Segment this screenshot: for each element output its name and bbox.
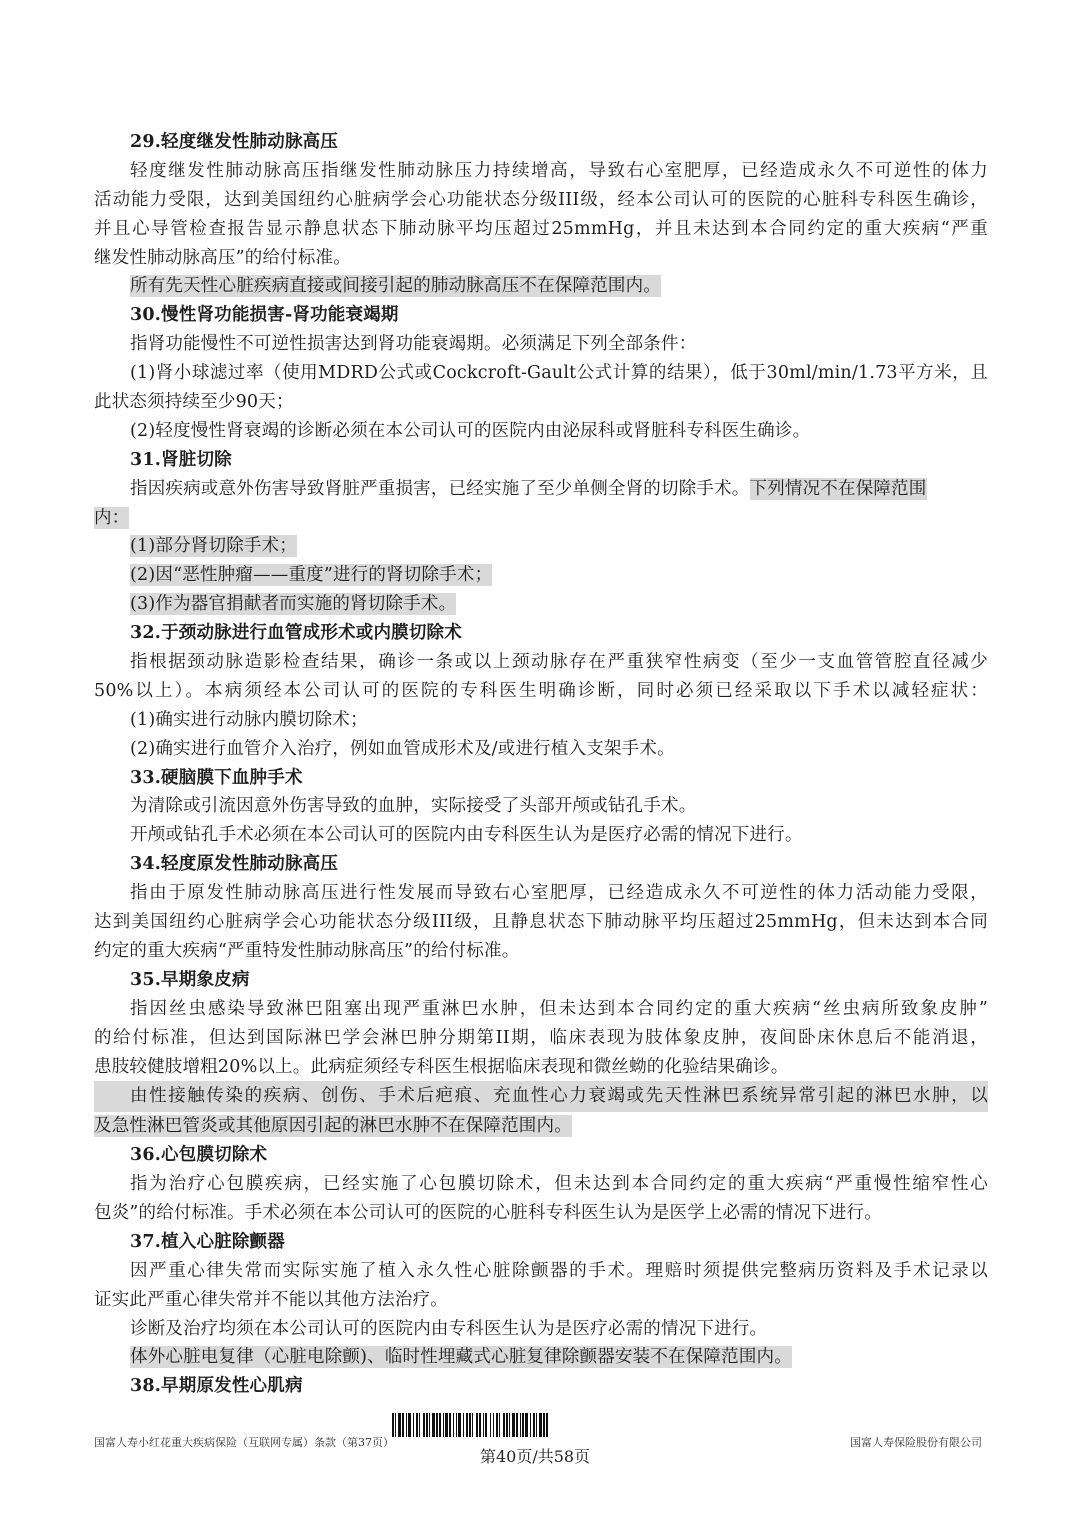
paragraph-line: 活动能力受限，达到美国纽约心脏病学会心功能状态分级III级，经本公司认可的医院的… [94,186,988,215]
section-heading-35: 35.早期象皮病 [94,966,994,995]
section-heading-30: 30.慢性肾功能损害-肾功能衰竭期 [94,301,994,330]
section-heading-31: 31.肾脏切除 [94,446,994,475]
paragraph-line: 并且心导管检查报告显示静息状态下肺动脉平均压超过25mmHg，并且未达到本合同约… [94,215,988,244]
document-body: 29.轻度继发性肺动脉高压 轻度继发性肺动脉高压指继发性肺动脉压力持续增高，导致… [94,128,994,1401]
barcode-graphic [392,1413,698,1437]
paragraph-line: 指因丝虫感染导致淋巴阻塞出现严重淋巴水肿，但未达到本合同约定的重大疾病“丝虫病所… [94,995,988,1024]
paragraph-line: 证实此严重心律失常并不能以其他方法治疗。 [94,1286,994,1315]
paragraph-line: 指肾功能慢性不可逆性损害达到肾功能衰竭期。必须满足下列全部条件： [94,330,994,359]
paragraph-line: 诊断及治疗均须在本公司认可的医院内由专科医生认为是医疗必需的情况下进行。 [94,1315,994,1344]
exclusion-highlight: 下列情况不在保障范围 [750,478,927,500]
paragraph-line: 指由于原发性肺动脉高压进行性发展而导致右心室肥厚，已经造成永久不可逆性的体力活动… [94,879,988,908]
section-heading-38: 38.早期原发性心肌病 [94,1372,994,1401]
paragraph-line: 的给付标准，但达到国际淋巴学会淋巴肿分期第II期，临床表现为肢体象皮肿，夜间卧床… [94,1024,988,1053]
paragraph-line: 轻度继发性肺动脉高压指继发性肺动脉压力持续增高，导致右心室肥厚，已经造成永久不可… [94,157,988,186]
exclusion-item: (1)部分肾切除手术； [130,535,297,557]
section-heading-36: 36.心包膜切除术 [94,1141,994,1170]
paragraph-line: 50%以上）。本病须经本公司认可的医院的专科医生明确诊断，同时必须已经采取以下手… [94,677,988,706]
paragraph-line: 开颅或钻孔手术必须在本公司认可的医院内由专科医生认为是医疗必需的情况下进行。 [94,821,994,850]
paragraph-line: 指因疾病或意外伤害导致肾脏严重损害，已经实施了至少单侧全肾的切除手术。下列情况不… [94,475,994,504]
paragraph-line: (2)轻度慢性肾衰竭的诊断必须在本公司认可的医院内由泌尿科或肾脏科专科医生确诊。 [94,417,994,446]
exclusion-highlight: 体外心脏电复律（心脏电除颤)、临时性埋藏式心脏复律除颤器安装不在保障范围内。 [130,1346,792,1368]
paragraph-line: (1)肾小球滤过率（使用MDRD公式或Cockcroft-Gault公式计算的结… [94,359,988,388]
paragraph-text: 指因疾病或意外伤害导致肾脏严重损害，已经实施了至少单侧全肾的切除手术。 [130,479,750,499]
paragraph-line: 包炎”的给付标准。手术必须在本公司认可的医院的心脏科专科医生认为是医学上必需的情… [94,1199,994,1228]
paragraph-line: 因严重心律失常而实际实施了植入永久性心脏除颤器的手术。理赔时须提供完整病历资料及… [94,1257,988,1286]
page-number: 第40页/共58页 [480,1444,590,1467]
section-heading-33: 33.硬脑膜下血肿手术 [94,764,994,793]
exclusion-item: (2)因“恶性肿瘤——重度”进行的肾切除手术； [130,564,492,586]
exclusion-highlight: 内： [94,507,129,529]
paragraph-line: 约定的重大疾病“严重特发性肺动脉高压”的给付标准。 [94,937,994,966]
paragraph-line: 此状态须持续至少90天； [94,388,994,417]
section-heading-29: 29.轻度继发性肺动脉高压 [94,128,994,157]
paragraph-line: 为清除或引流因意外伤害导致的血肿，实际接受了头部开颅或钻孔手术。 [94,792,994,821]
exclusion-highlight: 由性接触传染的疾病、创伤、手术后疤痕、充血性心力衰竭或先天性淋巴系统异常引起的淋… [94,1081,988,1112]
exclusion-highlight: 及急性淋巴管炎或其他原因引起的淋巴水肿不在保障范围内。 [94,1115,572,1137]
paragraph-line: (2)确实进行血管介入治疗，例如血管成形术及/或进行植入支架手术。 [94,735,994,764]
paragraph-line: 继发性肺动脉高压”的给付标准。 [94,244,994,273]
paragraph-line: 患肢较健肢增粗20%以上。此病症须经专科医生根据临床表现和微丝蚴的化验结果确诊。 [94,1053,994,1082]
paragraph-line: 达到美国纽约心脏病学会心功能状态分级III级，且静息状态下肺动脉平均压超过25m… [94,908,988,937]
paragraph-line: (1)确实进行动脉内膜切除术； [94,706,994,735]
paragraph-line: 指为治疗心包膜疾病，已经实施了心包膜切除术，但未达到本合同约定的重大疾病“严重慢… [94,1170,988,1199]
paragraph-line: 指根据颈动脉造影检查结果，确诊一条或以上颈动脉存在严重狭窄性病变（至少一支血管管… [94,648,988,677]
footer-document-title: 国富人寿小红花重大疾病保险（互联网专属）条款（第37页） [94,1434,394,1450]
section-heading-34: 34.轻度原发性肺动脉高压 [94,850,994,879]
exclusion-highlight: 所有先天性心脏疾病直接或间接引起的肺动脉高压不在保障范围内。 [130,275,661,297]
footer-company-name: 国富人寿保险股份有限公司 [850,1434,982,1450]
section-heading-32: 32.于颈动脉进行血管成形术或内膜切除术 [94,619,994,648]
section-heading-37: 37.植入心脏除颤器 [94,1228,994,1257]
exclusion-item: (3)作为器官捐献者而实施的肾切除手术。 [130,593,456,615]
